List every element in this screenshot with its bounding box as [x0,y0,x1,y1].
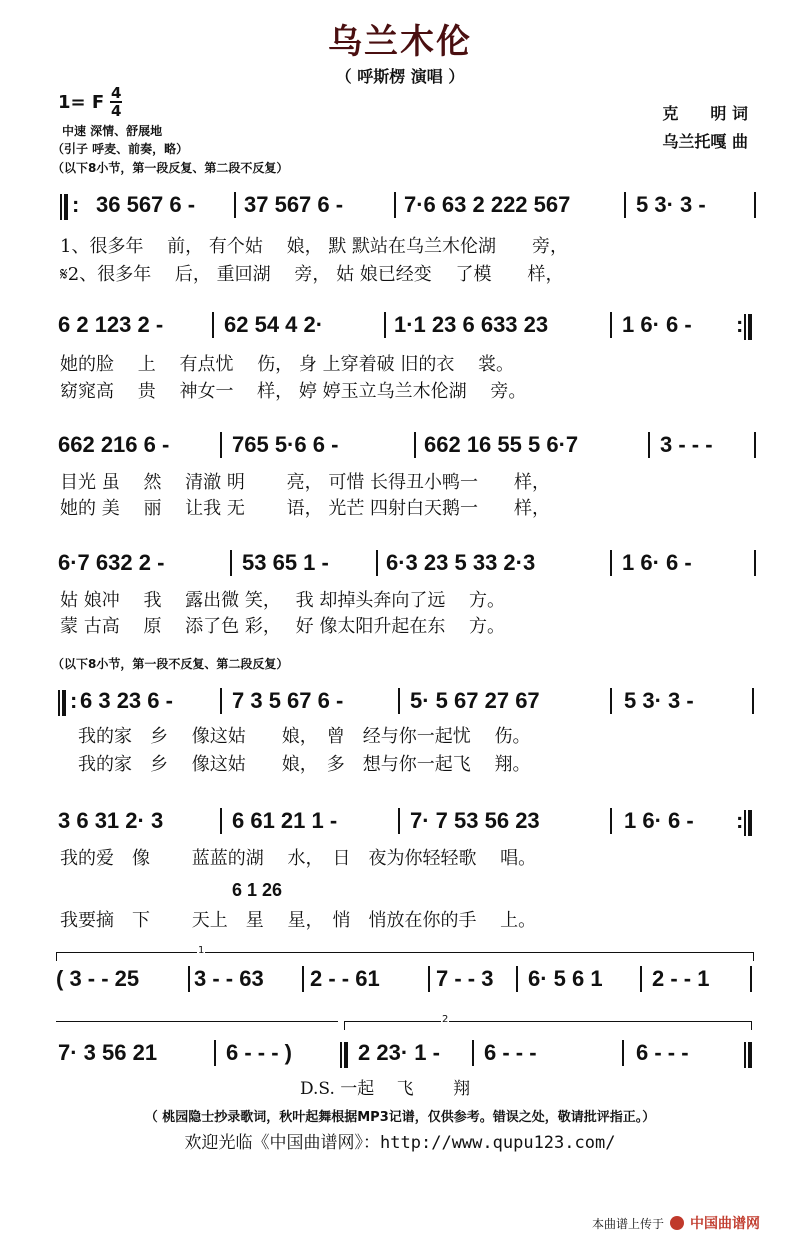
measure: 2 - - 61 [310,966,380,992]
bar-line [414,432,416,458]
time-signature: 4 4 [110,86,122,118]
measure: 7 - - 3 [436,966,493,992]
volta-2-bracket: 2 [344,1021,752,1030]
measure: 6 - - - ) [226,1040,292,1066]
section-note-1: （以下8小节，第一段反复、第二段不反复） [52,159,288,176]
lyric-verse-2: 我要摘 下 天上 星 星， 悄 悄放在你的手 上。 [60,906,536,932]
staff-row-5: : 6 3 23 6 - 7 3 5 67 6 - 5· 5 67 27 67 … [54,688,774,718]
measure: 662 216 6 - [58,432,169,458]
bar-line [752,688,754,714]
lyric-verse-1: 我的爱 像 蓝蓝的湖 水， 日 夜为你轻轻歌 唱。 [60,844,536,870]
lyric-verse-2: 她的 美 丽 让我 无 语， 光芒 四射白天鹅一 样， [60,494,550,520]
volta-1-bracket: 1 [56,952,754,961]
lyric-verse-2: 窈窕高 贵 神女一 样， 婷 婷玉立乌兰木伦湖 旁。 [60,377,526,403]
composer: 乌兰托嘎 曲 [662,128,748,156]
measure: 62 54 4 2· [224,312,323,338]
section-double-bar [340,1042,346,1068]
bar-line [754,192,756,218]
repeat-end-bar [744,314,752,340]
measure: 36 567 6 - [96,192,195,218]
lyric-verse-2: 我的家 乡 像这姑 娘， 多 想与你一起飞 翔。 [78,750,530,776]
lyric-verse-1: 1、很多年 前， 有个姑 娘， 默 默站在乌兰木伦湖 旁， [60,232,568,258]
bar-line [188,966,190,992]
measure: 5 3· 3 - [624,688,694,714]
measure: 6 - - - [484,1040,537,1066]
staff-row-4: 6·7 632 2 - 53 65 1 - 6·3 23 5 33 2·3 1 … [54,550,774,580]
upload-site-name: 中国曲谱网 [690,1213,760,1233]
final-bar [744,1042,752,1068]
measure: 7· 7 53 56 23 [410,808,540,834]
measure: 7·6 63 2 222 567 [404,192,570,218]
measure: ( 3 - - 25 [56,966,139,992]
bar-line [750,966,752,992]
repeat-end-bar [744,810,752,836]
bar-line [610,312,612,338]
repeat-start-bar [60,194,68,220]
bar-line [234,192,236,218]
bar-line [648,432,650,458]
bar-line [472,1040,474,1066]
key-signature: 1= F 4 4 [58,86,122,118]
bar-line [516,966,518,992]
measure: 5 3· 3 - [636,192,706,218]
lyric-verse-1: 姑 娘冲 我 露出微 笑， 我 却掉头奔向了远 方。 [60,586,505,612]
measure: 6 2 123 2 - [58,312,163,338]
measure: 2 - - 1 [652,966,709,992]
lyric-verse-2: 蒙 古高 原 添了色 彩， 好 像太阳升起在东 方。 [60,612,505,638]
credits: 克 明 词 乌兰托嘎 曲 [662,100,748,156]
bar-line [214,1040,216,1066]
volta-1-continuation [56,1021,338,1022]
measure: 1·1 23 6 633 23 [394,312,548,338]
intro-note: （引子 呼麦、前奏，略） [52,140,188,157]
site-logo-icon [670,1216,684,1230]
bar-line [384,312,386,338]
upload-badge[interactable]: 本曲谱上传于 中国曲谱网 [592,1213,760,1233]
measure: 662 16 55 5 6·7 [424,432,578,458]
staff-row-8: 7· 3 56 21 6 - - - ) 2 23· 1 - 6 - - - 6… [54,1040,774,1070]
measure: 6 3 23 6 - [80,688,173,714]
bar-line [428,966,430,992]
measure: 1 6· 6 - [622,550,692,576]
lyricist: 克 明 词 [662,100,748,128]
measure: 7· 3 56 21 [58,1040,157,1066]
bar-line [220,432,222,458]
staff-row-3: 662 216 6 - 765 5·6 6 - 662 16 55 5 6·7 … [54,432,774,462]
tempo-marking: 中速 深情、舒展地 [62,122,162,139]
section-note-2: （以下8小节，第一段不反复、第二段反复） [52,655,288,672]
measure: 6·3 23 5 33 2·3 [386,550,535,576]
upload-label: 本曲谱上传于 [592,1215,664,1232]
ds-lyric: D.S. 一起 飞 翔 [300,1074,470,1099]
song-title: 乌兰木伦 [0,14,800,63]
bar-line [212,312,214,338]
measure: 3 - - - [660,432,713,458]
staff-row-1: : 36 567 6 - 37 567 6 - 7·6 63 2 222 567… [54,192,774,222]
bar-line [640,966,642,992]
measure: 2 23· 1 - [358,1040,440,1066]
measure: 765 5·6 6 - [232,432,338,458]
lyric-verse-1: 她的脸 上 有点忧 伤， 身 上穿着破 旧的衣 裳。 [60,350,514,376]
measure: 3 6 31 2· 3 [58,808,163,834]
bar-line [610,550,612,576]
measure: 7 3 5 67 6 - [232,688,343,714]
bar-line [376,550,378,576]
bar-line [398,688,400,714]
measure: 53 65 1 - [242,550,329,576]
bar-line [302,966,304,992]
lyric-verse-1: 目光 虽 然 清澈 明 亮， 可惜 长得丑小鸭一 样， [60,468,550,494]
bar-line [610,808,612,834]
bar-line [754,432,756,458]
transcription-credit: （ 桃园隐士抄录歌词，秋叶起舞根据MP3记谱，仅供参考。错误之处，敬请批评指正。… [0,1106,800,1125]
bar-line [610,688,612,714]
lyric-verse-2: 𝄋2、很多年 后， 重回湖 旁， 姑 娘已经变 了模 样， [60,260,564,286]
bar-line [622,1040,624,1066]
staff-row-7: ( 3 - - 25 3 - - 63 2 - - 61 7 - - 3 6· … [54,966,774,996]
staff-row-6: 3 6 31 2· 3 6 61 21 1 - 7· 7 53 56 23 1 … [54,808,774,838]
bar-line [398,808,400,834]
bar-line [230,550,232,576]
measure: 1 6· 6 - [622,312,692,338]
measure: 1 6· 6 - [624,808,694,834]
measure: 5· 5 67 27 67 [410,688,540,714]
measure: 6·7 632 2 - [58,550,164,576]
measure: 3 - - 63 [194,966,264,992]
measure: 6· 5 6 1 [528,966,603,992]
measure: 6 61 21 1 - [232,808,337,834]
measure: 37 567 6 - [244,192,343,218]
lyric-verse-1: 我的家 乡 像这姑 娘， 曾 经与你一起忧 伤。 [78,722,530,748]
site-welcome[interactable]: 欢迎光临《中国曲谱网》：http://www.qupu123.com/ [0,1128,800,1153]
bar-line [624,192,626,218]
bar-line [220,808,222,834]
repeat-start-bar [58,690,66,716]
measure: 6 - - - [636,1040,689,1066]
bar-line [220,688,222,714]
bar-line [754,550,756,576]
staff-row-2: 6 2 123 2 - 62 54 4 2· 1·1 23 6 633 23 1… [54,312,774,342]
bar-line [394,192,396,218]
key-label: 1= F [58,92,104,113]
